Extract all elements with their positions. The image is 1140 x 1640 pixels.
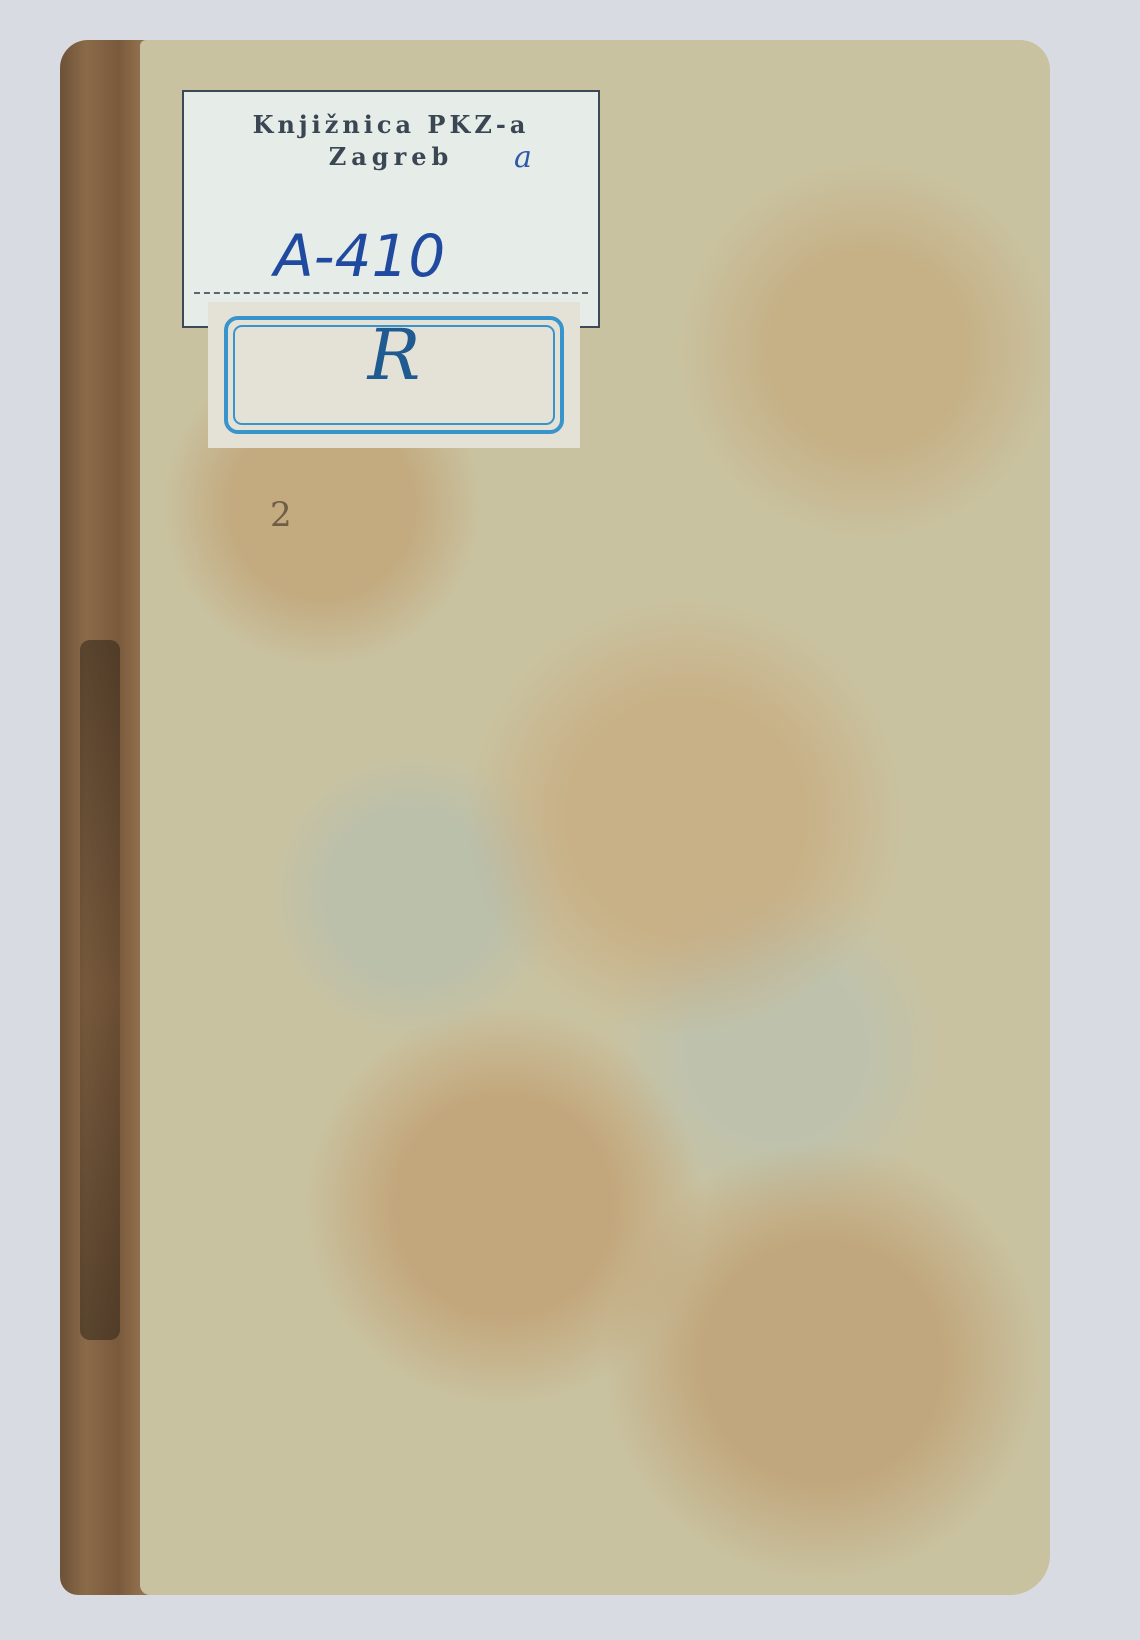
library-city: Zagreb [184,142,598,171]
shelf-label: R [208,302,580,448]
call-number: A-410 [274,222,445,290]
dashed-divider [194,292,588,294]
pencil-mark: 2 [270,495,292,535]
book: Knjižnica PKZ-a Zagreb a A-410 R 2 [60,40,1050,1595]
library-label: Knjižnica PKZ-a Zagreb a A-410 [182,90,600,328]
shelf-letter: R [208,314,580,396]
library-name: Knjižnica PKZ-a [184,110,598,139]
handwritten-suffix: a [514,140,532,175]
